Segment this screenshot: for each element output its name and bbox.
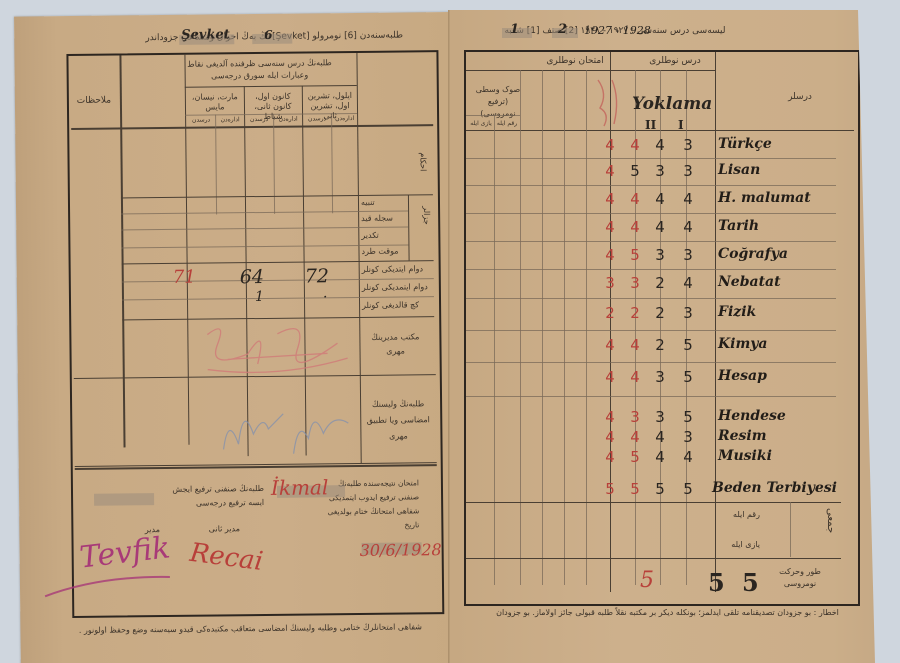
- parent-signature-label: طلبه‌نڭ ولیسنڭ امضاسی ویا تطبیق مهری: [364, 396, 432, 445]
- course-row-hesap: 4 4 3 5 Hesap: [450, 368, 870, 388]
- date-handwritten: 30/6/1928: [360, 540, 442, 560]
- period-2-sub-2: درسدن: [245, 116, 273, 123]
- term-mark-1: I: [678, 118, 684, 132]
- remarks-header: ملاحظات: [70, 95, 118, 106]
- grade-exam-1: 4: [600, 448, 620, 466]
- conduct-label: طور وحرکت نومروسی: [770, 566, 830, 590]
- course-row-musiki: 4 5 4 4 Musiki: [450, 448, 870, 468]
- grade-term-2: 3: [650, 408, 670, 426]
- group-label-cezalar: جزالر: [411, 206, 431, 225]
- grade-exam-1: 4: [600, 190, 620, 208]
- grade-term-1: 4: [678, 448, 698, 466]
- period-1-sub-2: درسدن: [303, 115, 331, 122]
- grade-exam-2: 4: [625, 368, 645, 386]
- attendance-row-1: دوام ایتدیکی کونلر: [362, 264, 432, 274]
- grade-exam-2: 3: [625, 408, 645, 426]
- conduct-grade-1: 5: [640, 568, 654, 593]
- grade-exam-1: 4: [600, 136, 620, 154]
- course-name: H. malumat: [718, 190, 811, 206]
- course-row-turkce: 4 4 4 3 Türkçe: [450, 136, 870, 156]
- grade-term-1: 3: [678, 428, 698, 446]
- school-year: 1927 - 1928: [584, 24, 651, 37]
- grade-exam-2: 5: [625, 480, 645, 498]
- grade-exam-1: 4: [600, 408, 620, 426]
- penalty-row-1: تنبیه: [361, 197, 406, 206]
- grade-term-1: 5: [678, 368, 698, 386]
- course-row-h-malumat: 4 4 4 4 H. malumat: [450, 190, 870, 210]
- grade-term-2: 2: [650, 274, 670, 292]
- grade-exam-2: 4: [625, 336, 645, 354]
- course-row-hendese: 4 3 3 5 Hendese: [450, 408, 870, 428]
- course-name: Musiki: [718, 448, 772, 464]
- attendance-value-2: 64: [240, 266, 264, 288]
- director-signature-underline: [40, 565, 180, 606]
- course-row-cografya: 4 5 3 3 Coğrafya: [450, 246, 870, 266]
- director-seal-scribble: [187, 313, 358, 385]
- course-name: Resim: [718, 428, 767, 444]
- group-label-ahkam: احکام: [407, 152, 427, 171]
- attendance-row-2: دوام ایتمدیکی کونلر: [362, 282, 432, 292]
- grade-term-1: 5: [678, 336, 698, 354]
- course-name: Fizik: [718, 304, 756, 320]
- courses-header: درسلر: [750, 92, 850, 102]
- period-2-sub-1: اداره‌دن: [274, 116, 302, 123]
- left-footer: شفاهی امتحانلرڭ ختامی وطلبه ولیسنڭ امضاس…: [60, 622, 440, 635]
- grade-term-2: 4: [650, 190, 670, 208]
- conduct-grade-3: 5: [742, 568, 759, 597]
- absence-mark-2: .: [323, 285, 328, 301]
- course-row-kimya: 4 4 2 5 Kimya: [450, 336, 870, 356]
- section-number: 1: [510, 22, 519, 37]
- grade-exam-2: 2: [625, 304, 645, 322]
- grade-exam-2: 3: [625, 274, 645, 292]
- class-number: 2: [558, 22, 567, 37]
- penalty-row-4: موقت طرد: [361, 246, 406, 255]
- conduct-grade-2: 5: [708, 568, 725, 597]
- grade-term-2: 4: [650, 136, 670, 154]
- course-name: Hesap: [718, 368, 767, 384]
- grade-exam-2: 5: [625, 162, 645, 180]
- grade-exam-1: 4: [600, 162, 620, 180]
- grade-term-2: 4: [650, 428, 670, 446]
- course-name: Tarih: [718, 218, 759, 234]
- grade-term-1: 3: [678, 162, 698, 180]
- average-sub-2: یازی ایله: [468, 120, 494, 127]
- promotion-text: طلبه‌نڭ صنفنی ترفیع ایجش ایسه ترفیع درجه…: [169, 482, 264, 511]
- term-mark-2: II: [645, 118, 656, 132]
- grade-term-2: 3: [650, 162, 670, 180]
- grade-term-2: 3: [650, 368, 670, 386]
- grade-term-1: 3: [678, 246, 698, 264]
- period-3-label: مارت، نیسان، مایس: [187, 92, 243, 113]
- course-name: Coğrafya: [718, 246, 788, 262]
- course-row-nebatat: 3 3 2 4 Nebatat: [450, 274, 870, 294]
- grade-exam-2: 5: [625, 246, 645, 264]
- grade-exam-1: 4: [600, 368, 620, 386]
- grade-exam-1: 2: [600, 304, 620, 322]
- attendance-value-3: 72: [305, 265, 329, 287]
- period-3-sub-2: درسدن: [187, 116, 215, 123]
- report-card-right-page: لیسه‌سی درس سنه‌سی : ۱۹۲۷ - ۱۹۲۸ [2] صنف…: [450, 10, 875, 663]
- grade-exam-2: 4: [625, 218, 645, 236]
- course-row-beden-terbiyesi: 5 5 5 5 Beden Terbiyesi: [450, 480, 890, 500]
- grade-exam-2: 4: [625, 428, 645, 446]
- student-name: Şevket: [181, 27, 230, 43]
- penalty-row-3: تکدیر: [361, 230, 406, 239]
- table-header-main: طلبه‌نڭ درس سنه‌سی ظرفنده آلدیغی نقاط وع…: [174, 57, 344, 83]
- grade-term-2: 2: [650, 304, 670, 322]
- course-row-fizik: 2 2 2 3 Fizik: [450, 304, 870, 324]
- parent-signature-scribble: [213, 393, 364, 465]
- grade-exam-2: 4: [625, 136, 645, 154]
- grade-term-1: 4: [678, 190, 698, 208]
- grade-term-1: 5: [678, 408, 698, 426]
- grade-term-2: 5: [650, 480, 670, 498]
- right-table-frame: [464, 50, 860, 606]
- total-label-1: رقم ایله: [720, 510, 760, 519]
- grade-exam-2: 5: [625, 448, 645, 466]
- grade-term-1: 5: [678, 480, 698, 498]
- course-name: Nebatat: [718, 274, 781, 290]
- grade-term-2: 4: [650, 448, 670, 466]
- vertical-total-label: جمعی: [822, 508, 836, 533]
- grade-term-2: 2: [650, 336, 670, 354]
- grade-exam-1: 3: [600, 274, 620, 292]
- course-name: Kimya: [718, 336, 768, 352]
- grade-exam-1: 4: [600, 218, 620, 236]
- period-1-sub-1: اداره‌دن: [332, 115, 357, 122]
- course-row-lisan: 4 5 3 3 Lisan: [450, 162, 870, 182]
- grade-exam-1: 4: [600, 336, 620, 354]
- course-name: Lisan: [718, 162, 760, 178]
- grade-term-1: 4: [678, 274, 698, 292]
- grade-exam-2: 4: [625, 190, 645, 208]
- director-seal-label: مکتب مدیرینڭ مهری: [365, 330, 425, 359]
- grade-exam-1: 4: [600, 428, 620, 446]
- course-name: Hendese: [718, 408, 786, 424]
- course-name: Türkçe: [718, 136, 772, 152]
- grade-exam-1: 5: [600, 480, 620, 498]
- deputy-director-label: مدیر ثانی: [204, 524, 244, 533]
- red-scribble-header: [590, 74, 630, 130]
- grade-exam-1: 4: [600, 246, 620, 264]
- grade-term-1: 3: [678, 304, 698, 322]
- attendance-value-1: 71: [173, 267, 196, 288]
- course-row-resim: 4 4 4 3 Resim: [450, 428, 870, 448]
- result-handwritten: İkmal: [271, 475, 329, 500]
- period-3-sub-1: اداره‌دن: [216, 116, 244, 123]
- grade-term-1: 3: [678, 136, 698, 154]
- report-card-left-page: طلبه‌سنه‌دن [6] نومرولو [Şevket] نڭ به‌ڭ…: [14, 12, 457, 663]
- promotion-box: [94, 493, 154, 506]
- grade-term-1: 4: [678, 218, 698, 236]
- penalty-row-2: سجله قید: [361, 213, 406, 222]
- right-footer: اخطار : بو جزودان تصدیقنامه تلقی ایدلمز؛…: [470, 608, 865, 617]
- total-label-2: یازی ایله: [720, 540, 760, 549]
- attendance-row-3: کچ قالدیغی کونلر: [362, 300, 432, 310]
- average-sub-1: رقم ایله: [494, 120, 520, 127]
- course-grades-header: درس نوطلری: [640, 56, 710, 66]
- course-row-tarih: 4 4 4 4 Tarih: [450, 218, 870, 238]
- grade-term-2: 3: [650, 246, 670, 264]
- absence-mark-1: 1: [255, 289, 264, 305]
- student-number: 6: [264, 28, 273, 42]
- grade-term-2: 4: [650, 218, 670, 236]
- yoklama-note: Yoklama: [632, 94, 712, 114]
- exam-grades-header: امتحان نوطلری: [510, 56, 640, 66]
- course-name: Beden Terbiyesi: [712, 480, 837, 496]
